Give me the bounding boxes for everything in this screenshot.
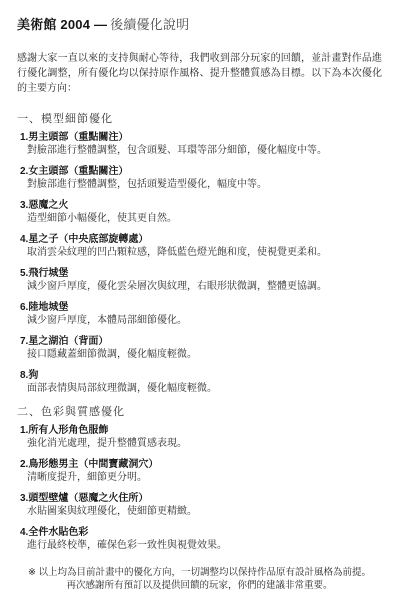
list-item: 4.全件水貼色彩 進行最終校準，確保色彩一致性與視覺效果。: [20, 526, 382, 552]
list-item: 7.星之湖泊（背面） 接口隱藏蓋細節微調，優化幅度輕微。: [20, 335, 382, 361]
document-page: 美術館 2004 —後續優化說明 感謝大家一直以來的支持與耐心等待，我們收到部分…: [0, 0, 400, 600]
item-title: 4.星之子（中央底部旋轉處）: [20, 233, 382, 246]
list-item: 8.狗 面部表情與局部紋理微調，優化幅度輕微。: [20, 369, 382, 395]
list-item: 1.男主頭部（重點關注） 對臉部進行整體調整，包含頭髮、耳環等部分細節，優化幅度…: [20, 131, 382, 157]
section-heading-color-texture: 二、色彩與質感優化: [17, 406, 382, 419]
item-description: 減少窗戶厚度，優化雲朵層次與紋理，右眼形狀微調，整體更協調。: [20, 280, 382, 293]
list-item: 6.陸地城堡 減少窗戶厚度，本體局部細節優化。: [20, 301, 382, 327]
item-description: 對臉部進行整體調整，包含頭髮、耳環等部分細節，優化幅度中等。: [20, 144, 382, 157]
list-item: 5.飛行城堡 減少窗戶厚度，優化雲朵層次與紋理，右眼形狀微調，整體更協調。: [20, 267, 382, 293]
list-item: 3.頭型壁爐（惡魔之火住所） 水貼圖案與紋理優化，使細節更精緻。: [20, 492, 382, 518]
item-title: 2.女主頭部（重點關注）: [20, 165, 382, 178]
item-title: 4.全件水貼色彩: [20, 526, 382, 539]
page-title-subtitle: 後續優化說明: [110, 17, 189, 32]
item-title: 7.星之湖泊（背面）: [20, 335, 382, 348]
footnote: ※ 以上均為目前計畫中的優化方向，一切調整均以保持作品原有設計風格為前提。 再次…: [17, 566, 382, 592]
item-title: 1.男主頭部（重點關注）: [20, 131, 382, 144]
item-description: 水貼圖案與紋理優化，使細節更精緻。: [20, 505, 382, 518]
item-description: 清晰度提升，細節更分明。: [20, 471, 382, 484]
item-description: 減少窗戶厚度，本體局部細節優化。: [20, 314, 382, 327]
list-item: 2.女主頭部（重點關注） 對臉部進行整體調整，包括頭髮造型優化，幅度中等。: [20, 165, 382, 191]
intro-paragraph: 感謝大家一直以來的支持與耐心等待，我們收到部分玩家的回饋，並計畫對作品進行優化調…: [17, 51, 382, 96]
item-title: 8.狗: [20, 369, 382, 382]
item-description: 造型細節小幅優化，使其更自然。: [20, 212, 382, 225]
item-title: 5.飛行城堡: [20, 267, 382, 280]
item-title: 2.鳥形態男主（中間寶藏洞穴）: [20, 458, 382, 471]
item-description: 進行最終校準，確保色彩一致性與視覺效果。: [20, 539, 382, 552]
list-item: 3.惡魔之火 造型細節小幅優化，使其更自然。: [20, 199, 382, 225]
item-description: 面部表情與局部紋理微調，優化幅度輕微。: [20, 382, 382, 395]
list-item: 4.星之子（中央底部旋轉處） 取消雲朵紋理的凹凸顆粒感，降低藍色燈光飽和度，使視…: [20, 233, 382, 259]
page-title: 美術館 2004 —後續優化說明: [17, 17, 382, 32]
item-description: 對臉部進行整體調整，包括頭髮造型優化，幅度中等。: [20, 178, 382, 191]
page-title-bold: 美術館 2004 —: [17, 17, 107, 32]
item-description: 強化消光處理，提升整體質感表現。: [20, 437, 382, 450]
footnote-line-1: ※ 以上均為目前計畫中的優化方向，一切調整均以保持作品原有設計風格為前提。: [17, 566, 382, 579]
item-description: 接口隱藏蓋細節微調，優化幅度輕微。: [20, 348, 382, 361]
footnote-line-2: 再次感謝所有預訂以及提供回饋的玩家，你們的建議非常重要。: [17, 579, 382, 592]
item-description: 取消雲朵紋理的凹凸顆粒感，降低藍色燈光飽和度，使視覺更柔和。: [20, 246, 382, 259]
item-title: 3.惡魔之火: [20, 199, 382, 212]
section-heading-model-details: 一、模型細節優化: [17, 113, 382, 126]
list-item: 1.所有人形角色服飾 強化消光處理，提升整體質感表現。: [20, 424, 382, 450]
list-item: 2.鳥形態男主（中間寶藏洞穴） 清晰度提升，細節更分明。: [20, 458, 382, 484]
item-title: 1.所有人形角色服飾: [20, 424, 382, 437]
item-title: 6.陸地城堡: [20, 301, 382, 314]
item-title: 3.頭型壁爐（惡魔之火住所）: [20, 492, 382, 505]
